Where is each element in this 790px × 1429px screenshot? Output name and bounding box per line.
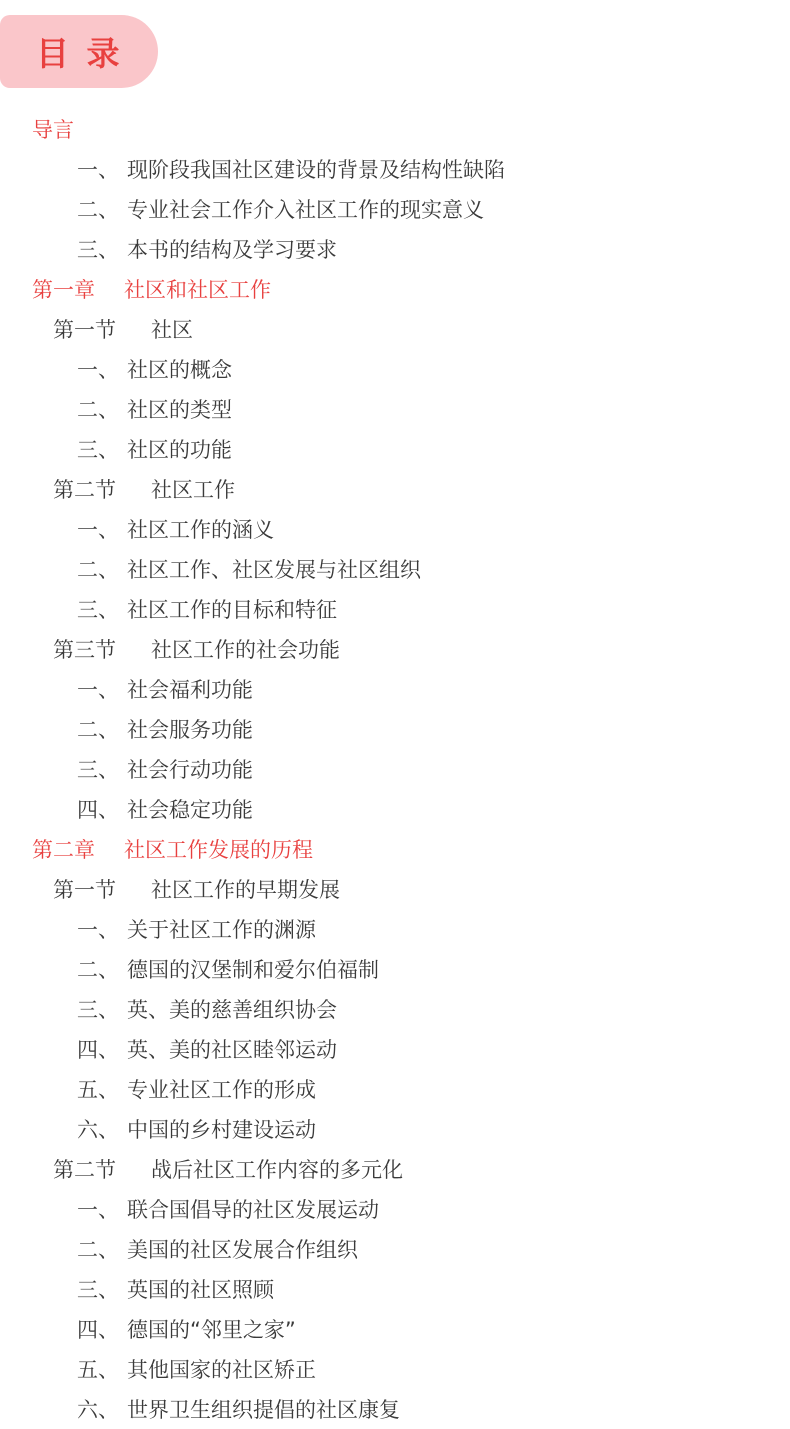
toc-entry-title: 中国的乡村建设运动 [127,1110,316,1150]
toc-entry-item[interactable]: 五、其他国家的社区矫正 [0,1350,790,1390]
toc-entry-prefix: 三、 [77,230,119,270]
toc-entry-item[interactable]: 三、社区的功能 [0,430,790,470]
toc-entry-title: 联合国倡导的社区发展运动 [127,1190,379,1230]
toc-list: 导言一、现阶段我国社区建设的背景及结构性缺陷二、专业社会工作介入社区工作的现实意… [0,110,790,1429]
toc-entry-prefix: 二、 [77,190,119,230]
toc-entry-prefix: 三、 [77,750,119,790]
toc-entry-title: 社区工作的早期发展 [151,870,340,910]
toc-entry-item[interactable]: 六、世界卫生组织提倡的社区康复 [0,1390,790,1429]
toc-entry-section[interactable]: 第二节社区工作 [0,470,790,510]
toc-entry-prefix: 五、 [77,1350,119,1390]
toc-entry-item[interactable]: 一、关于社区工作的渊源 [0,910,790,950]
toc-entry-title: 社会福利功能 [127,670,253,710]
toc-entry-prefix: 一、 [77,350,119,390]
toc-entry-item[interactable]: 一、联合国倡导的社区发展运动 [0,1190,790,1230]
toc-entry-title: 社区和社区工作 [124,270,271,310]
toc-entry-item[interactable]: 四、英、美的社区睦邻运动 [0,1030,790,1070]
toc-entry-item[interactable]: 三、本书的结构及学习要求 [0,230,790,270]
toc-entry-title: 社区工作的社会功能 [151,630,340,670]
toc-entry-item[interactable]: 三、社会行动功能 [0,750,790,790]
toc-entry-title: 现阶段我国社区建设的背景及结构性缺陷 [127,150,505,190]
toc-entry-title: 社区工作的涵义 [127,510,274,550]
toc-entry-section[interactable]: 第三节社区工作的社会功能 [0,630,790,670]
toc-entry-prefix: 二、 [77,710,119,750]
toc-entry-prefix: 第二章 [32,830,95,870]
toc-entry-item[interactable]: 二、专业社会工作介入社区工作的现实意义 [0,190,790,230]
toc-entry-item[interactable]: 二、美国的社区发展合作组织 [0,1230,790,1270]
toc-entry-title: 社区的概念 [127,350,232,390]
toc-entry-section[interactable]: 第一节社区 [0,310,790,350]
toc-entry-title: 本书的结构及学习要求 [127,230,337,270]
toc-entry-item[interactable]: 三、英、美的慈善组织协会 [0,990,790,1030]
toc-entry-title: 美国的社区发展合作组织 [127,1230,358,1270]
toc-entry-section[interactable]: 第一节社区工作的早期发展 [0,870,790,910]
toc-entry-title: 社会服务功能 [127,710,253,750]
toc-entry-prefix: 四、 [77,1030,119,1070]
toc-entry-item[interactable]: 四、德国的“邻里之家” [0,1310,790,1350]
toc-entry-prefix: 五、 [77,1070,119,1110]
toc-entry-prefix: 三、 [77,590,119,630]
toc-entry-title: 世界卫生组织提倡的社区康复 [127,1390,400,1429]
toc-entry-item[interactable]: 四、社会稳定功能 [0,790,790,830]
toc-entry-title: 社会稳定功能 [127,790,253,830]
toc-entry-item[interactable]: 一、社会福利功能 [0,670,790,710]
toc-entry-chapter[interactable]: 第一章社区和社区工作 [0,270,790,310]
toc-entry-prefix: 第三节 [53,630,116,670]
toc-entry-item[interactable]: 六、中国的乡村建设运动 [0,1110,790,1150]
toc-entry-title: 德国的“邻里之家” [127,1310,296,1350]
toc-entry-title: 社会行动功能 [127,750,253,790]
toc-entry-prefix: 一、 [77,510,119,550]
toc-entry-title: 社区的功能 [127,430,232,470]
toc-entry-chapter[interactable]: 导言 [0,110,790,150]
toc-entry-prefix: 四、 [77,790,119,830]
toc-entry-item[interactable]: 一、社区的概念 [0,350,790,390]
toc-entry-prefix: 三、 [77,430,119,470]
toc-entry-prefix: 一、 [77,1190,119,1230]
toc-entry-prefix: 六、 [77,1390,119,1429]
toc-entry-prefix: 一、 [77,910,119,950]
toc-entry-title: 社区工作 [151,470,235,510]
toc-entry-prefix: 二、 [77,550,119,590]
toc-entry-prefix: 二、 [77,950,119,990]
toc-entry-title: 专业社会工作介入社区工作的现实意义 [127,190,484,230]
toc-entry-title: 社区工作的目标和特征 [127,590,337,630]
toc-header-pill: 目 录 [0,15,158,88]
toc-entry-item[interactable]: 二、社区的类型 [0,390,790,430]
toc-entry-prefix: 四、 [77,1310,119,1350]
toc-entry-item[interactable]: 二、德国的汉堡制和爱尔伯福制 [0,950,790,990]
toc-entry-title: 英、美的慈善组织协会 [127,990,337,1030]
toc-entry-prefix: 六、 [77,1110,119,1150]
toc-entry-prefix: 一、 [77,150,119,190]
toc-entry-title: 其他国家的社区矫正 [127,1350,316,1390]
toc-entry-prefix: 二、 [77,1230,119,1270]
toc-entry-item[interactable]: 三、英国的社区照顾 [0,1270,790,1310]
toc-entry-item[interactable]: 二、社区工作、社区发展与社区组织 [0,550,790,590]
toc-entry-item[interactable]: 二、社会服务功能 [0,710,790,750]
toc-entry-prefix: 三、 [77,990,119,1030]
toc-entry-item[interactable]: 一、现阶段我国社区建设的背景及结构性缺陷 [0,150,790,190]
toc-entry-prefix: 三、 [77,1270,119,1310]
toc-entry-title: 社区工作、社区发展与社区组织 [127,550,421,590]
toc-entry-prefix: 第一节 [53,310,116,350]
toc-entry-prefix: 第一节 [53,870,116,910]
toc-entry-title: 关于社区工作的渊源 [127,910,316,950]
page-title: 目 录 [0,28,123,75]
toc-entry-title: 社区的类型 [127,390,232,430]
toc-entry-title: 英、美的社区睦邻运动 [127,1030,337,1070]
toc-entry-prefix: 二、 [77,390,119,430]
toc-entry-prefix: 导言 [32,110,74,150]
toc-entry-section[interactable]: 第二节战后社区工作内容的多元化 [0,1150,790,1190]
toc-entry-prefix: 第一章 [32,270,95,310]
toc-entry-prefix: 一、 [77,670,119,710]
toc-entry-title: 社区工作发展的历程 [124,830,313,870]
toc-entry-title: 战后社区工作内容的多元化 [151,1150,403,1190]
toc-entry-item[interactable]: 一、社区工作的涵义 [0,510,790,550]
toc-entry-prefix: 第二节 [53,1150,116,1190]
toc-entry-title: 专业社区工作的形成 [127,1070,316,1110]
toc-entry-prefix: 第二节 [53,470,116,510]
toc-entry-title: 德国的汉堡制和爱尔伯福制 [127,950,379,990]
toc-entry-item[interactable]: 三、社区工作的目标和特征 [0,590,790,630]
toc-entry-item[interactable]: 五、专业社区工作的形成 [0,1070,790,1110]
toc-entry-title: 英国的社区照顾 [127,1270,274,1310]
toc-entry-chapter[interactable]: 第二章社区工作发展的历程 [0,830,790,870]
toc-entry-title: 社区 [151,310,193,350]
